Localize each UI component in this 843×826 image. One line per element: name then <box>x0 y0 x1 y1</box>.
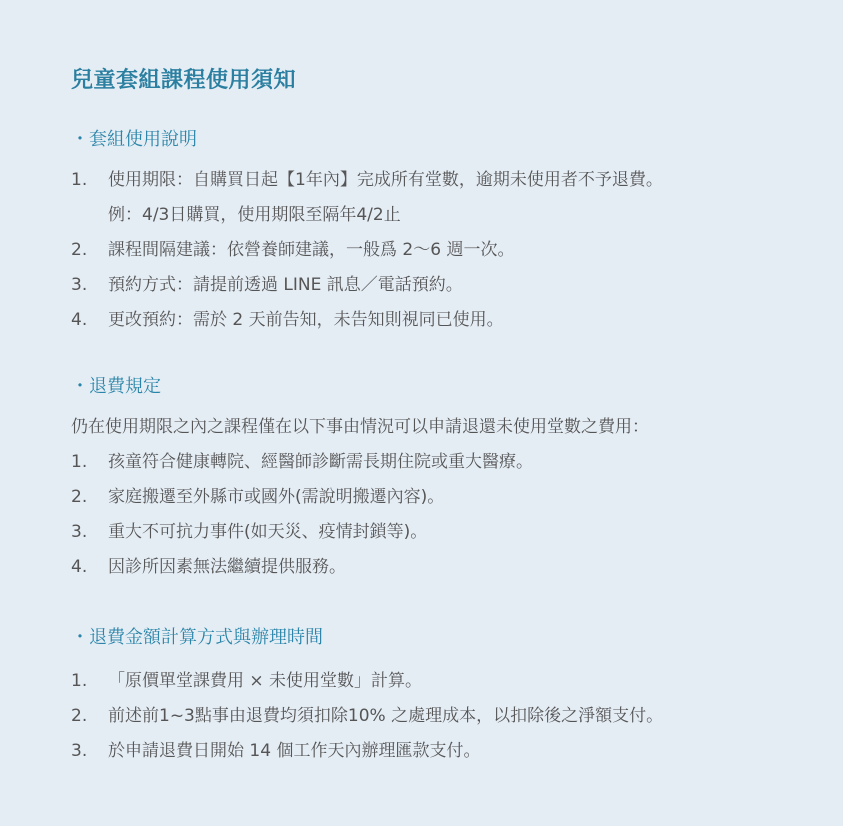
list-number: 3. <box>71 739 108 763</box>
list-text: 孩童符合健康轉院、經醫師診斷需長期住院或重大醫療。 <box>108 452 533 472</box>
list-number: 2. <box>71 238 108 262</box>
list-number: 4. <box>71 308 108 332</box>
list-item: 3.於申請退費日開始 14 個工作天內辦理匯款支付。 <box>71 739 480 763</box>
list-item: 3.預約方式：請提前透過 LINE 訊息／電話預約。 <box>71 273 463 297</box>
list-item-note: 例：4/3日購買，使用期限至隔年4/2止 <box>108 203 401 227</box>
list-item: 2.前述前1~3點事由退費均須扣除10% 之處理成本，以扣除後之淨額支付。 <box>71 704 663 728</box>
list-item: 1.使用期限：自購買日起【1年內】完成所有堂數，逾期未使用者不予退費。 <box>71 168 663 192</box>
section-heading-refund-rules: ・退費規定 <box>71 374 161 400</box>
list-item: 2.家庭搬遷至外縣市或國外(需說明搬遷內容)。 <box>71 485 444 509</box>
section-heading-text: 退費金額計算方式與辦理時間 <box>89 627 323 648</box>
page-title: 兒童套組課程使用須知 <box>71 66 296 96</box>
list-number: 3. <box>71 273 108 297</box>
list-text: 預約方式：請提前透過 LINE 訊息／電話預約。 <box>108 275 463 295</box>
bullet-icon: ・ <box>71 374 89 400</box>
list-item: 2.課程間隔建議：依營養師建議，一般爲 2～6 週一次。 <box>71 238 514 262</box>
list-text: 「原價單堂課費用 × 未使用堂數」計算。 <box>108 671 422 691</box>
section-heading-text: 套組使用說明 <box>89 129 197 150</box>
list-item: 1.「原價單堂課費用 × 未使用堂數」計算。 <box>71 669 422 693</box>
list-item: 3.重大不可抗力事件(如天災、疫情封鎖等)。 <box>71 520 427 544</box>
list-number: 1. <box>71 669 108 693</box>
list-number: 1. <box>71 450 108 474</box>
section-heading-text: 退費規定 <box>89 376 161 397</box>
list-text: 前述前1~3點事由退費均須扣除10% 之處理成本，以扣除後之淨額支付。 <box>108 706 663 726</box>
list-text: 因診所因素無法繼續提供服務。 <box>108 557 346 577</box>
list-number: 2. <box>71 704 108 728</box>
bullet-icon: ・ <box>71 127 89 153</box>
section-heading-refund-calculation: ・退費金額計算方式與辦理時間 <box>71 625 323 651</box>
list-text: 重大不可抗力事件(如天災、疫情封鎖等)。 <box>108 522 427 542</box>
list-number: 4. <box>71 555 108 579</box>
list-number: 1. <box>71 168 108 192</box>
list-text: 課程間隔建議：依營養師建議，一般爲 2～6 週一次。 <box>108 240 514 260</box>
list-item: 1.孩童符合健康轉院、經醫師診斷需長期住院或重大醫療。 <box>71 450 533 474</box>
list-text: 更改預約：需於 2 天前告知，未告知則視同已使用。 <box>108 310 504 330</box>
list-number: 2. <box>71 485 108 509</box>
bullet-icon: ・ <box>71 625 89 651</box>
list-item: 4.因診所因素無法繼續提供服務。 <box>71 555 346 579</box>
list-text: 於申請退費日開始 14 個工作天內辦理匯款支付。 <box>108 741 480 761</box>
list-text: 使用期限：自購買日起【1年內】完成所有堂數，逾期未使用者不予退費。 <box>108 170 663 190</box>
list-number: 3. <box>71 520 108 544</box>
list-item: 4.更改預約：需於 2 天前告知，未告知則視同已使用。 <box>71 308 504 332</box>
section-heading-package-usage: ・套組使用說明 <box>71 127 197 153</box>
list-text: 家庭搬遷至外縣市或國外(需說明搬遷內容)。 <box>108 487 444 507</box>
section-intro: 仍在使用期限之內之課程僅在以下事由情況可以申請退還未使用堂數之費用： <box>71 415 649 439</box>
